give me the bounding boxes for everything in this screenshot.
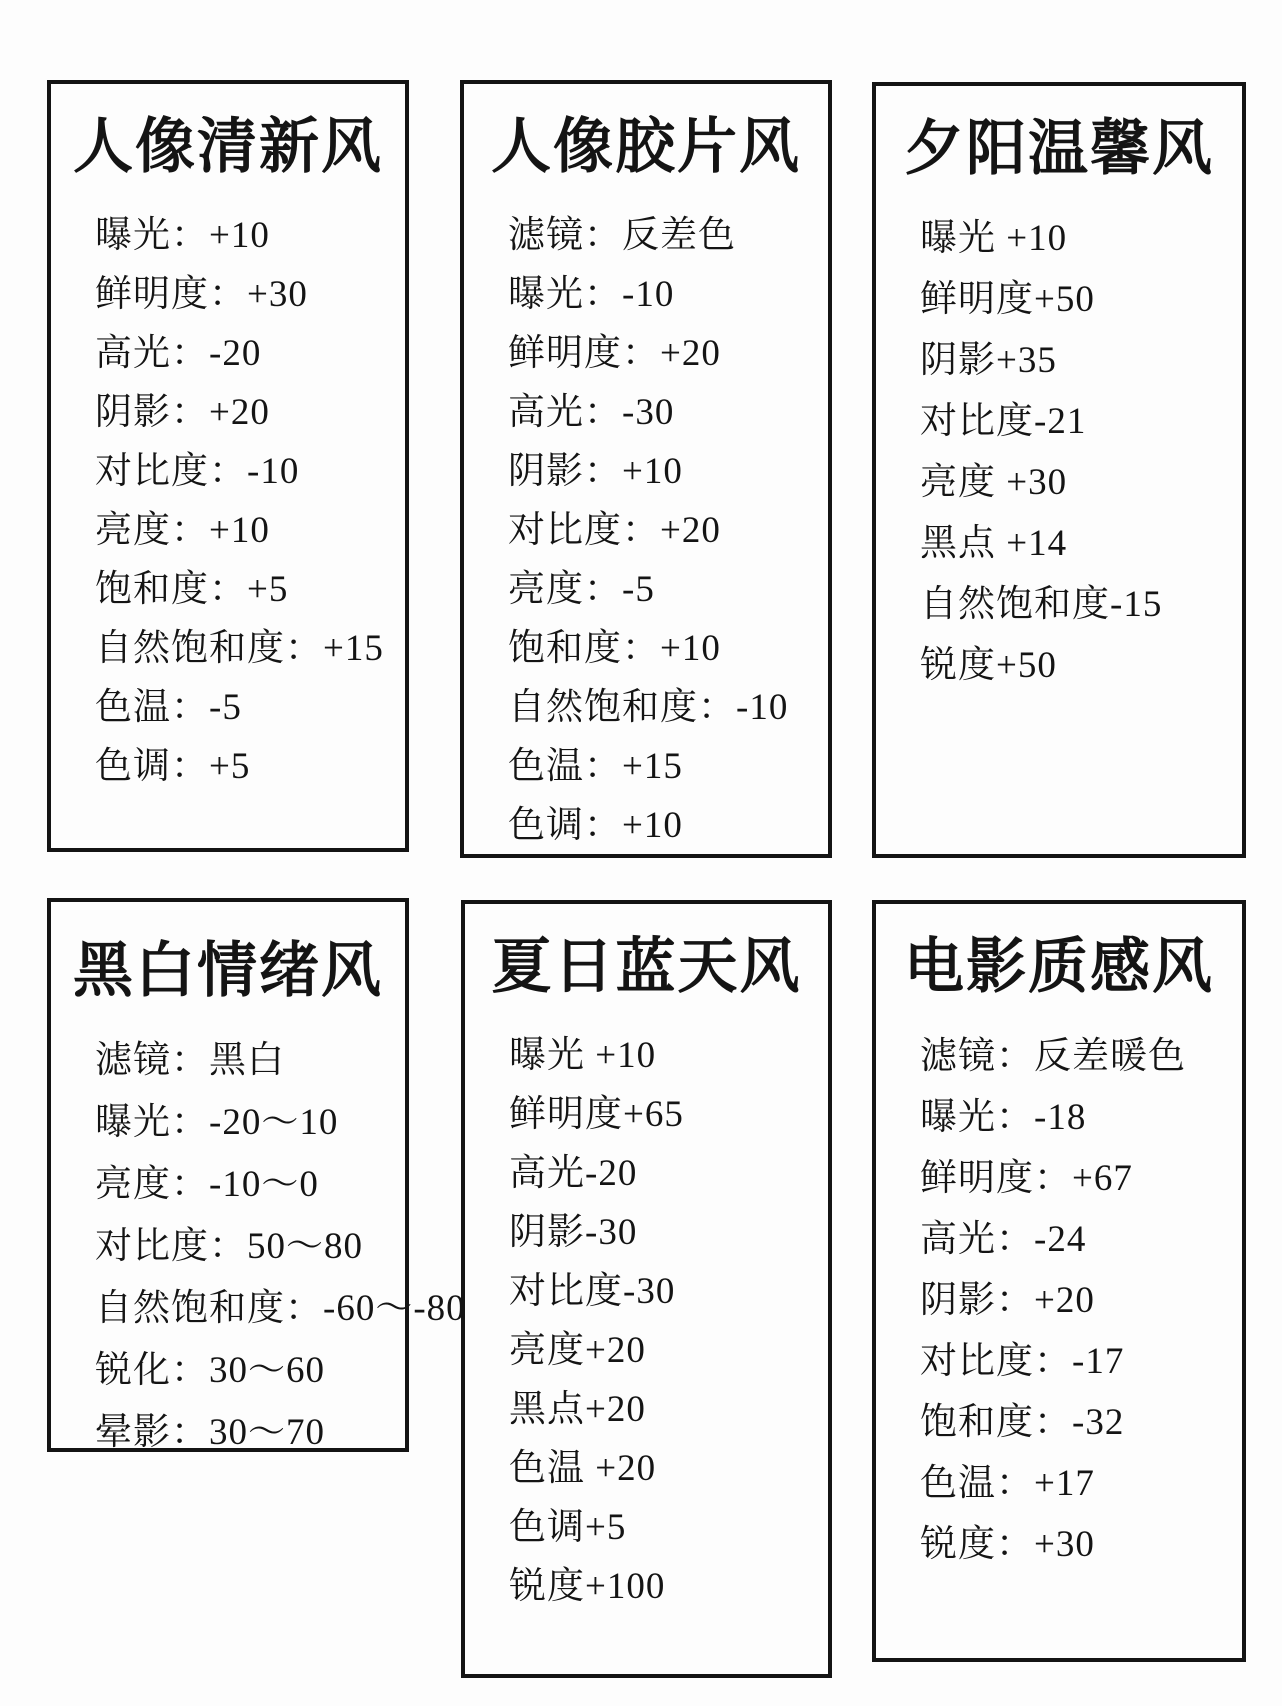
preset-card-title: 夕阳温馨风	[876, 86, 1242, 182]
preset-line: 自然饱和度：-60～-80	[95, 1278, 389, 1340]
preset-line: 鲜明度：+30	[95, 265, 389, 324]
preset-line: 高光：-30	[508, 383, 812, 442]
preset-line: 亮度+20	[509, 1321, 812, 1380]
preset-line: 对比度：-10	[95, 442, 389, 501]
preset-line: 阴影+35	[920, 330, 1226, 391]
preset-card-portrait-film: 人像胶片风 滤镜：反差色曝光：-10鲜明度：+20高光：-30阴影：+10对比度…	[460, 80, 832, 858]
preset-card-portrait-fresh: 人像清新风 曝光：+10鲜明度：+30高光：-20阴影：+20对比度：-10亮度…	[47, 80, 409, 852]
preset-line: 自然饱和度：+15	[95, 619, 389, 678]
preset-line-list: 曝光：+10鲜明度：+30高光：-20阴影：+20对比度：-10亮度：+10饱和…	[51, 206, 405, 796]
preset-card-cinematic: 电影质感风 滤镜：反差暖色曝光：-18鲜明度：+67高光：-24阴影：+20对比…	[872, 900, 1246, 1662]
preset-line: 饱和度：+10	[508, 619, 812, 678]
preset-line: 亮度：+10	[95, 501, 389, 560]
preset-line: 鲜明度+65	[509, 1085, 812, 1144]
preset-line: 黑点 +14	[920, 513, 1226, 574]
preset-line: 色温：+15	[508, 737, 812, 796]
preset-line: 晕影：30～70	[95, 1402, 389, 1464]
preset-line: 对比度-30	[509, 1262, 812, 1321]
preset-line: 鲜明度：+20	[508, 324, 812, 383]
preset-line: 高光-20	[509, 1144, 812, 1203]
preset-card-bw-mood: 黑白情绪风 滤镜：黑白曝光：-20～10亮度：-10～0对比度：50～80自然饱…	[47, 898, 409, 1452]
preset-card-title: 黑白情绪风	[51, 902, 405, 1004]
preset-card-title: 人像清新风	[51, 84, 405, 180]
preset-line-list: 滤镜：黑白曝光：-20～10亮度：-10～0对比度：50～80自然饱和度：-60…	[51, 1030, 405, 1464]
preset-line: 色温：-5	[95, 678, 389, 737]
preset-line: 滤镜：黑白	[95, 1030, 389, 1092]
preset-line: 对比度：50～80	[95, 1216, 389, 1278]
preset-line: 饱和度：+5	[95, 560, 389, 619]
preset-line: 黑点+20	[509, 1380, 812, 1439]
preset-line: 锐化：30～60	[95, 1340, 389, 1402]
preset-line: 高光：-24	[920, 1209, 1226, 1270]
preset-line: 色调+5	[509, 1498, 812, 1557]
preset-line: 曝光 +10	[920, 208, 1226, 269]
preset-line: 曝光：+10	[95, 206, 389, 265]
preset-line: 鲜明度：+67	[920, 1148, 1226, 1209]
preset-line-list: 曝光 +10鲜明度+65高光-20阴影-30对比度-30亮度+20黑点+20色温…	[465, 1026, 828, 1616]
preset-line: 滤镜：反差色	[508, 206, 812, 265]
preset-line: 锐度：+30	[920, 1514, 1226, 1575]
preset-line: 色温 +20	[509, 1439, 812, 1498]
preset-line: 高光：-20	[95, 324, 389, 383]
preset-line: 亮度：-5	[508, 560, 812, 619]
preset-line: 色温：+17	[920, 1453, 1226, 1514]
preset-line: 阴影：+20	[920, 1270, 1226, 1331]
preset-card-title: 电影质感风	[876, 904, 1242, 1000]
preset-line: 色调：+10	[508, 796, 812, 855]
preset-card-summer-bluesky: 夏日蓝天风 曝光 +10鲜明度+65高光-20阴影-30对比度-30亮度+20黑…	[461, 900, 832, 1678]
preset-line: 对比度：+20	[508, 501, 812, 560]
preset-line: 曝光：-10	[508, 265, 812, 324]
preset-line: 曝光：-20～10	[95, 1092, 389, 1154]
preset-line: 对比度：-17	[920, 1331, 1226, 1392]
preset-line: 自然饱和度-15	[920, 574, 1226, 635]
preset-line: 滤镜：反差暖色	[920, 1026, 1226, 1087]
preset-line-list: 滤镜：反差色曝光：-10鲜明度：+20高光：-30阴影：+10对比度：+20亮度…	[464, 206, 828, 855]
preset-sheet: 人像清新风 曝光：+10鲜明度：+30高光：-20阴影：+20对比度：-10亮度…	[0, 0, 1282, 1706]
preset-line: 锐度+50	[920, 635, 1226, 696]
preset-card-title: 人像胶片风	[464, 84, 828, 180]
preset-line: 自然饱和度：-10	[508, 678, 812, 737]
preset-line: 阴影：+10	[508, 442, 812, 501]
preset-line: 亮度：-10～0	[95, 1154, 389, 1216]
preset-line: 鲜明度+50	[920, 269, 1226, 330]
preset-card-sunset-warm: 夕阳温馨风 曝光 +10鲜明度+50阴影+35对比度-21亮度 +30黑点 +1…	[872, 82, 1246, 858]
preset-line: 对比度-21	[920, 391, 1226, 452]
preset-line: 阴影-30	[509, 1203, 812, 1262]
preset-line: 锐度+100	[509, 1557, 812, 1616]
preset-line: 色调：+5	[95, 737, 389, 796]
preset-line: 曝光 +10	[509, 1026, 812, 1085]
preset-card-title: 夏日蓝天风	[465, 904, 828, 1000]
preset-line-list: 滤镜：反差暖色曝光：-18鲜明度：+67高光：-24阴影：+20对比度：-17饱…	[876, 1026, 1242, 1575]
preset-line: 阴影：+20	[95, 383, 389, 442]
preset-line: 饱和度：-32	[920, 1392, 1226, 1453]
preset-line: 曝光：-18	[920, 1087, 1226, 1148]
preset-line-list: 曝光 +10鲜明度+50阴影+35对比度-21亮度 +30黑点 +14自然饱和度…	[876, 208, 1242, 696]
preset-line: 亮度 +30	[920, 452, 1226, 513]
